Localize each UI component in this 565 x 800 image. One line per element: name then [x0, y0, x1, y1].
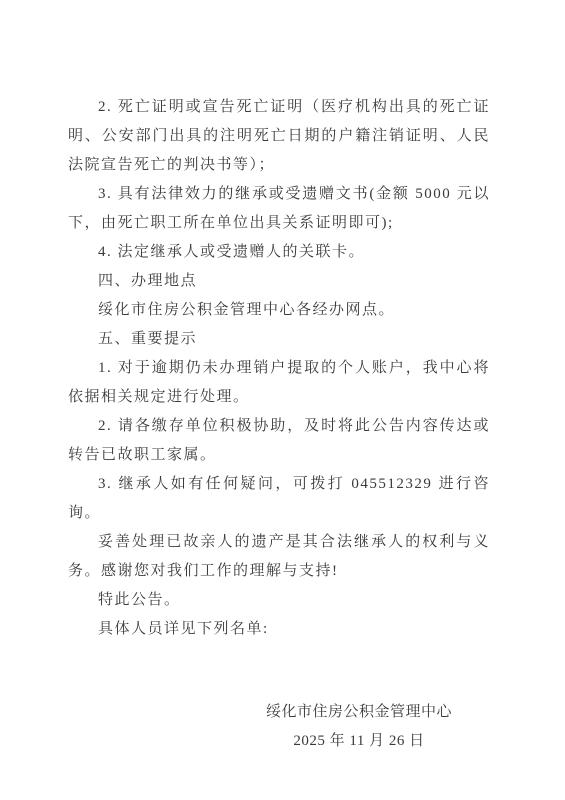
section-4-location-text: 绥化市住房公积金管理中心各经办网点。 — [68, 296, 490, 325]
section-4-heading-location: 四、办理地点 — [68, 267, 490, 296]
notice-document-page: 2. 死亡证明或宣告死亡证明（医疗机构出具的死亡证明、公安部门出具的注明死亡日期… — [0, 0, 565, 800]
list-item-inheritance-document: 3. 具有法律效力的继承或受遗赠文书(金额 5000 元以下，由死亡职工所在单位… — [68, 180, 490, 238]
note-item-overdue-accounts: 1. 对于逾期仍未办理销户提取的个人账户，我中心将依据相关规定进行处理。 — [68, 354, 490, 412]
note-item-hotline: 3. 继承人如有任何疑问，可拨打 045512329 进行咨询。 — [68, 470, 490, 528]
list-item-death-certificate: 2. 死亡证明或宣告死亡证明（医疗机构出具的死亡证明、公安部门出具的注明死亡日期… — [68, 93, 490, 180]
list-item-heir-linked-card: 4. 法定继承人或受遗赠人的关联卡。 — [68, 238, 490, 267]
hereby-announced: 特此公告。 — [68, 586, 490, 615]
notice-body: 2. 死亡证明或宣告死亡证明（医疗机构出具的死亡证明、公安部门出具的注明死亡日期… — [0, 0, 565, 756]
signature-block: 绥化市住房公积金管理中心 2025 年 11 月 26 日 — [248, 698, 470, 756]
issuing-organization: 绥化市住房公积金管理中心 — [248, 698, 470, 727]
see-name-list-note: 具体人员详见下列名单: — [68, 615, 490, 644]
closing-remark: 妥善处理已故亲人的遗产是其合法继承人的权利与义务。感谢您对我们工作的理解与支持! — [68, 528, 490, 586]
section-5-heading-important-notes: 五、重要提示 — [68, 325, 490, 354]
issue-date: 2025 年 11 月 26 日 — [248, 727, 470, 756]
note-item-employer-assistance: 2. 请各缴存单位积极协助，及时将此公告内容传达或转告已故职工家属。 — [68, 412, 490, 470]
